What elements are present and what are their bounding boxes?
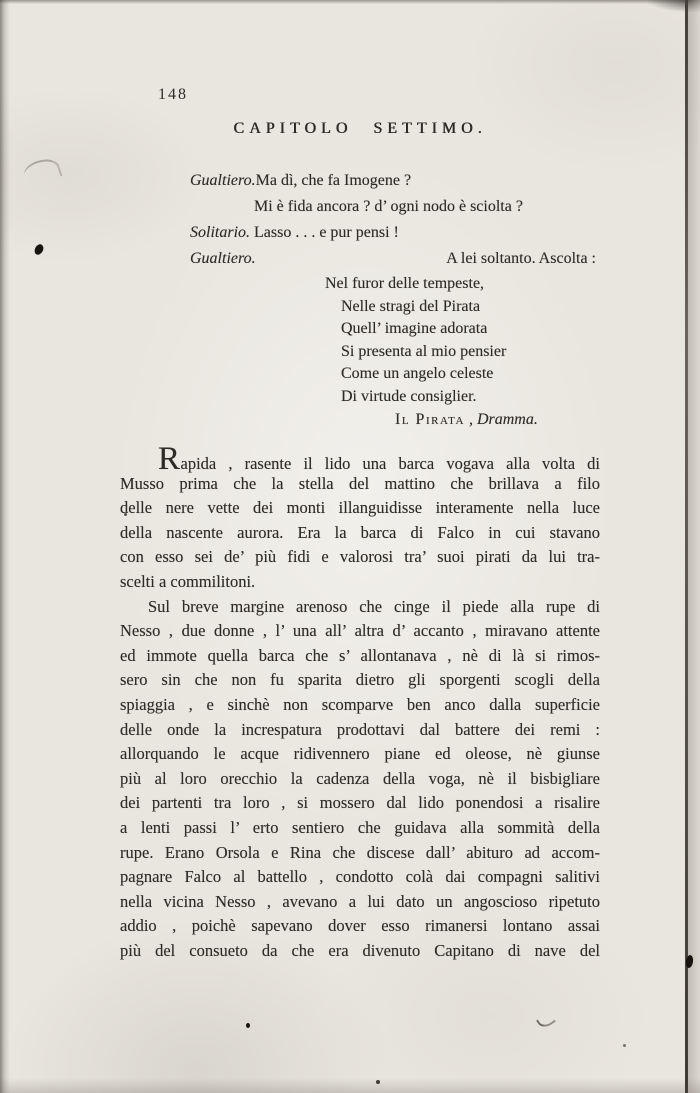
verse-block: Nel furor delle tempeste, Nelle stragi d… (325, 273, 596, 408)
body-line: allorquando le acque ridivennero piane e… (120, 742, 600, 767)
ink-speck (376, 1080, 380, 1084)
book-spine-line (685, 0, 688, 1093)
dialogue-text: Lasso . . . e pur pensi ! (254, 224, 399, 241)
body-line: addio , poichè sapevano dover esso riman… (120, 914, 600, 939)
body-line: più al loro orecchio la cadenza della vo… (120, 767, 600, 792)
dialogue-line: Gualtiero.Ma dì, che fa Imogene ? (190, 168, 596, 194)
epigraph-attribution: Il Pirata , Dramma. (395, 409, 596, 431)
verse-line: Come un angelo celeste (325, 363, 596, 386)
page-content: CAPITOLO SETTIMO. Gualtiero.Ma dì, che f… (120, 0, 600, 963)
body-line: Nesso , due donne , l’ una all’ altra d’… (120, 619, 600, 644)
body-line: delle nere vette dei monti illanguidisse… (120, 496, 600, 521)
body-line: Sul breve margine arenoso che cinge il p… (120, 595, 600, 620)
body-line: con esso sei de’ più fidi e valorosi tra… (120, 545, 600, 570)
attribution-work-title: Il Pirata (395, 411, 465, 428)
body-line: nella vicina Nesso , avevano a lui dato … (120, 890, 600, 915)
ink-speck (623, 1044, 626, 1047)
body-line: delle onde la increspatura prodottavi da… (120, 718, 600, 743)
body-line: più del consueto da che era divenuto Cap… (120, 939, 600, 964)
faint-pencil-mark (21, 155, 62, 187)
attribution-genre: , Dramma. (465, 411, 538, 428)
dialogue-text: A lei soltanto. Ascolta : (446, 246, 596, 272)
body-line: a lenti passi l’ erto sentiero che guida… (120, 816, 600, 841)
verse-line: Quell’ imagine adorata (325, 318, 596, 341)
dialogue-line: Solitario.Lasso . . . e pur pensi ! (190, 220, 596, 246)
verse-line: Di virtude consiglier. (325, 386, 596, 409)
scanned-book-page: 148 CAPITOLO SETTIMO. Gualtiero.Ma dì, c… (0, 0, 700, 1093)
speaker-name: Gualtiero. (190, 168, 256, 194)
dialogue-text: Mi è fida ancora ? d’ ogni nodo è sciolt… (254, 198, 523, 215)
dialogue-line: Gualtiero.A lei soltanto. Ascolta : (190, 246, 596, 272)
body-text: Rapida , rasente il lido una barca vogav… (120, 447, 600, 963)
speaker-name: Gualtiero. (190, 246, 256, 272)
scan-edge-bottom (0, 1078, 700, 1093)
body-line-text: apida , rasente il lido una barca vogava… (181, 454, 600, 473)
body-line: della nascente aurora. Era la barca di F… (120, 521, 600, 546)
body-line: sero sin che non fu sparita dietro gli s… (120, 668, 600, 693)
verse-line: Nelle stragi del Pirata (325, 296, 596, 319)
body-line: Musso prima che la stella del mattino ch… (120, 472, 600, 497)
dialogue-line: Mi è fida ancora ? d’ ogni nodo è sciolt… (190, 194, 596, 220)
body-line: dei partenti tra loro , si mossero dal l… (120, 791, 600, 816)
body-line: Rapida , rasente il lido una barca vogav… (120, 447, 600, 472)
ink-speck (246, 1023, 250, 1028)
body-line: rupe. Erano Orsola e Rina che discese da… (120, 841, 600, 866)
verse-line: Nel furor delle tempeste, (325, 273, 596, 296)
ink-speck (124, 513, 127, 516)
scan-edge-left (0, 0, 10, 1093)
body-line: pagnare Falco al battello , condotto col… (120, 865, 600, 890)
speaker-name: Solitario. (190, 220, 254, 246)
verse-line: Si presenta al mio pensier (325, 341, 596, 364)
dialogue-text: Ma dì, che fa Imogene ? (256, 172, 411, 189)
scan-edge-right (688, 0, 700, 1093)
body-line: scelti a commilitoni. (120, 570, 600, 595)
body-line: spiaggia , e sinchè non scomparve ben an… (120, 693, 600, 718)
body-line: ed immote quella barca che s’ allontanav… (120, 644, 600, 669)
ink-squiggle (536, 1011, 556, 1030)
chapter-title: CAPITOLO SETTIMO. (120, 120, 600, 138)
epigraph: Gualtiero.Ma dì, che fa Imogene ? Mi è f… (190, 168, 596, 431)
ink-speck (33, 243, 45, 256)
